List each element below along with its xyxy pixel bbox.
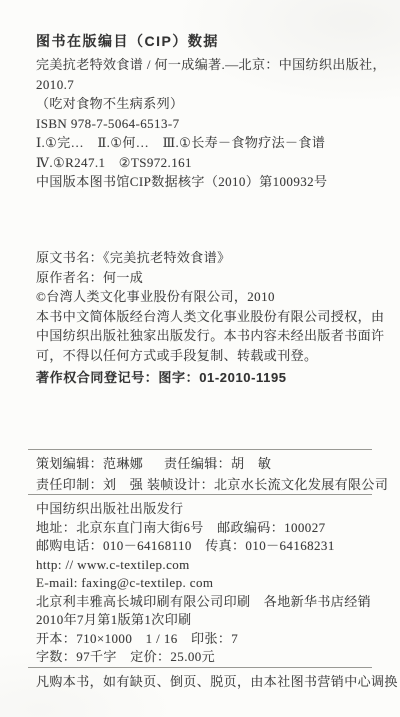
responsible-editor: 责任编辑：胡 敏 bbox=[164, 456, 271, 471]
planning-editor: 策划编辑：范琳娜 bbox=[36, 454, 160, 475]
original-author-line: 原作者名：何一成 bbox=[36, 268, 378, 288]
copyright-block: 原文书名：《完美抗老特效食谱》 原作者名：何一成 ©台湾人类文化事业股份有限公司… bbox=[36, 248, 378, 365]
website-line: http: // www.c-textilep.com bbox=[36, 556, 378, 575]
divider-top bbox=[28, 449, 372, 450]
cip-line-record: 中国版本图书馆CIP数据核字（2010）第100932号 bbox=[36, 172, 378, 192]
staff-row-1: 策划编辑：范琳娜 责任编辑：胡 敏 bbox=[36, 454, 378, 475]
edition-line: 2010年7月第1版第1次印刷 bbox=[36, 611, 378, 630]
copyright-owner-line: ©台湾人类文化事业股份有限公司，2010 bbox=[36, 287, 378, 307]
license-line-1: 本书中文简体版经台湾人类文化事业股份有限公司授权，由 bbox=[36, 307, 378, 327]
registration-number-line: 著作权合同登记号：图字：01-2010-1195 bbox=[36, 367, 378, 386]
staff-row-2: 责任印制：刘 强 装帧设计：北京水长流文化发展有限公司 bbox=[36, 475, 378, 496]
copyright-page: 图书在版编目（CIP）数据 完美抗老特效食谱 / 何一成编著.—北京：中国纺织出… bbox=[0, 0, 400, 717]
cip-line-class-2: Ⅳ.①R247.1 ②TS972.161 bbox=[36, 153, 378, 173]
print-supervisor: 责任印制：刘 强 bbox=[36, 475, 143, 496]
staff-block: 策划编辑：范琳娜 责任编辑：胡 敏 责任印制：刘 强 装帧设计：北京水长流文化发… bbox=[36, 454, 378, 495]
exchange-notice: 凡购本书，如有缺页、倒页、脱页，由本社图书营销中心调换 bbox=[36, 672, 378, 692]
publisher-line: 中国纺织出版社出版发行 bbox=[36, 500, 378, 519]
cip-line-series: （吃对食物不生病系列） bbox=[36, 94, 378, 114]
divider-middle bbox=[28, 494, 372, 495]
cip-line-year: 2010.7 bbox=[36, 75, 378, 95]
format-line: 开本：710×1000 1 / 16 印张：7 bbox=[36, 630, 378, 649]
address-line: 地址：北京东直门南大街6号 邮政编码：100027 bbox=[36, 519, 378, 538]
wordcount-price-line: 字数：97千字 定价：25.00元 bbox=[36, 648, 378, 667]
divider-bottom bbox=[28, 667, 372, 668]
license-line-3: 可，不得以任何方式或手段复制、转载或刊登。 bbox=[36, 346, 378, 366]
binding-designer: 装帧设计：北京水长流文化发展有限公司 bbox=[147, 477, 388, 492]
phone-fax-line: 邮购电话：010－64168110 传真：010－64168231 bbox=[36, 537, 378, 556]
cip-block: 完美抗老特效食谱 / 何一成编著.—北京：中国纺织出版社， 2010.7 （吃对… bbox=[36, 55, 378, 192]
cip-line-title: 完美抗老特效食谱 / 何一成编著.—北京：中国纺织出版社， bbox=[36, 55, 378, 75]
publisher-block: 中国纺织出版社出版发行 地址：北京东直门南大街6号 邮政编码：100027 邮购… bbox=[36, 500, 378, 667]
original-title-line: 原文书名：《完美抗老特效食谱》 bbox=[36, 248, 378, 268]
printer-line: 北京利丰雅高长城印刷有限公司印刷 各地新华书店经销 bbox=[36, 593, 378, 612]
cip-line-class-1: Ⅰ.①完… Ⅱ.①何… Ⅲ.①长寿－食物疗法－食谱 bbox=[36, 133, 378, 153]
cip-heading: 图书在版编目（CIP）数据 bbox=[36, 31, 378, 51]
cip-line-isbn: ISBN 978-7-5064-6513-7 bbox=[36, 114, 378, 134]
email-line: E-mail: faxing@c-textilep. com bbox=[36, 574, 378, 593]
license-line-2: 中国纺织出版社独家出版发行。本书内容未经出版者书面许 bbox=[36, 326, 378, 346]
